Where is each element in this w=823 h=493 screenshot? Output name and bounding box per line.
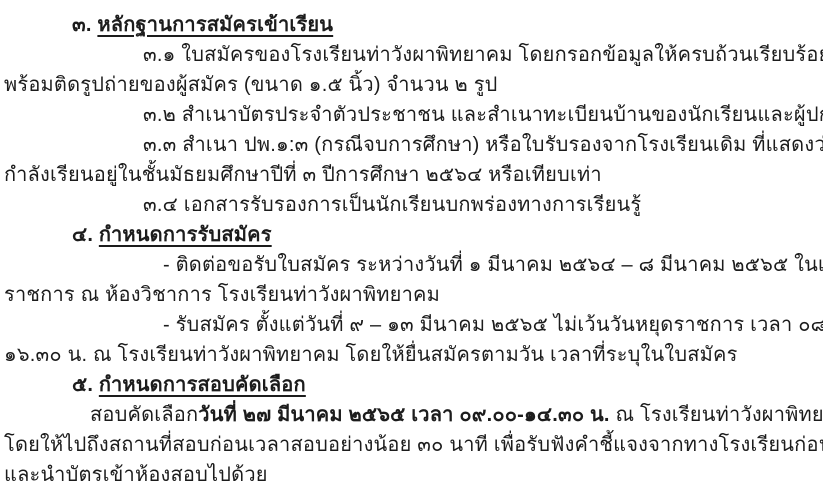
line-5-1-continuation-2: และนำบัตรเข้าห้องสอบไปด้วย [0, 460, 823, 490]
line-3-3: ๓.๓ สำเนา ปพ.๑:๓ (กรณีจบการศึกษา) หรือใบ… [0, 130, 823, 160]
text-segment: วันที่ ๒๗ มีนาคม ๒๕๖๕ เวลา ๐๙.๐๐-๑๔.๓๐ น… [198, 404, 609, 426]
section-5-heading: ๕. กำหนดการสอบคัดเลือก [0, 370, 823, 400]
text-segment: สอบคัดเลือก [90, 404, 198, 426]
text-segment: ๓.๓ สำเนา ปพ.๑:๓ (กรณีจบการศึกษา) หรือใบ… [143, 134, 823, 156]
line-3-3-continuation: กำลังเรียนอยู่ในชั้นมัธยมศึกษาปีที่ ๓ ปี… [0, 160, 823, 190]
line-4-bullet-1-continuation: ราชการ ณ ห้องวิชาการ โรงเรียนท่าวังผาพิท… [0, 280, 823, 310]
text-segment: โดยให้ไปถึงสถานที่สอบก่อนเวลาสอบอย่างน้อ… [4, 434, 823, 456]
text-segment: - ติดต่อขอรับใบสมัคร ระหว่างวันที่ ๑ มีน… [163, 254, 823, 276]
line-3-4: ๓.๔ เอกสารรับรองการเป็นนักเรียนบกพร่องทา… [0, 190, 823, 220]
text-segment: กำหนดการสอบคัดเลือก [99, 374, 306, 396]
line-5-1-continuation-1: โดยให้ไปถึงสถานที่สอบก่อนเวลาสอบอย่างน้อ… [0, 430, 823, 460]
text-segment: ราชการ ณ ห้องวิชาการ โรงเรียนท่าวังผาพิท… [4, 284, 440, 306]
document-page: ๓. หลักฐานการสมัครเข้าเรียน๓.๑ ใบสมัครขอ… [0, 0, 823, 493]
line-3-1: ๓.๑ ใบสมัครของโรงเรียนท่าวังผาพิทยาคม โด… [0, 40, 823, 70]
line-4-bullet-2-continuation: ๑๖.๓๐ น. ณ โรงเรียนท่าวังผาพิทยาคม โดยให… [0, 340, 823, 370]
text-segment: กำลังเรียนอยู่ในชั้นมัธยมศึกษาปีที่ ๓ ปี… [4, 164, 602, 186]
text-segment: ๓.๒ สำเนาบัตรประจำตัวประชาชน และสำเนาทะเ… [143, 104, 823, 126]
section-3-heading: ๓. หลักฐานการสมัครเข้าเรียน [0, 10, 823, 40]
line-4-bullet-1: - ติดต่อขอรับใบสมัคร ระหว่างวันที่ ๑ มีน… [0, 250, 823, 280]
text-segment: ๓.๔ เอกสารรับรองการเป็นนักเรียนบกพร่องทา… [143, 194, 641, 216]
line-5-1: สอบคัดเลือกวันที่ ๒๗ มีนาคม ๒๕๖๕ เวลา ๐๙… [0, 400, 823, 430]
text-segment: ๓.๑ ใบสมัครของโรงเรียนท่าวังผาพิทยาคม โด… [143, 44, 823, 66]
line-3-2: ๓.๒ สำเนาบัตรประจำตัวประชาชน และสำเนาทะเ… [0, 100, 823, 130]
text-segment: กำหนดการรับสมัคร [99, 224, 272, 246]
line-3-1-continuation: พร้อมติดรูปถ่ายของผู้สมัคร (ขนาด ๑.๕ นิ้… [0, 70, 823, 100]
text-segment: ๕. [72, 374, 99, 396]
text-segment: หลักฐานการสมัครเข้าเรียน [97, 14, 333, 36]
text-segment: พร้อมติดรูปถ่ายของผู้สมัคร (ขนาด ๑.๕ นิ้… [4, 74, 498, 96]
text-segment: ๑๖.๓๐ น. ณ โรงเรียนท่าวังผาพิทยาคม โดยให… [4, 344, 738, 366]
text-segment: ๔. [72, 224, 99, 246]
text-segment: - รับสมัคร ตั้งแต่วันที่ ๙ – ๑๓ มีนาคม ๒… [163, 314, 823, 336]
text-segment: ๓. [72, 14, 97, 36]
text-segment: ณ โรงเรียนท่าวังผาพิทยาคม [610, 404, 823, 426]
text-segment: และนำบัตรเข้าห้องสอบไปด้วย [4, 464, 268, 486]
section-4-heading: ๔. กำหนดการรับสมัคร [0, 220, 823, 250]
line-4-bullet-2: - รับสมัคร ตั้งแต่วันที่ ๙ – ๑๓ มีนาคม ๒… [0, 310, 823, 340]
